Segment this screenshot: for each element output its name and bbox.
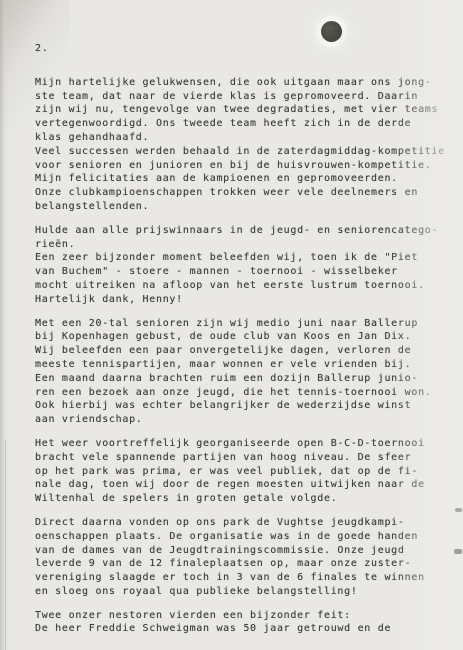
body-paragraph: Met een 20-tal senioren zijn wij medio j… bbox=[35, 317, 453, 427]
body-paragraph: Mijn hartelijke gelukwensen, die ook uit… bbox=[35, 76, 453, 214]
page-content: 2. Mijn hartelijke gelukwensen, die ook … bbox=[35, 42, 453, 646]
scanned-document-page: 2. Mijn hartelijke gelukwensen, die ook … bbox=[0, 0, 463, 650]
body-paragraph: Direct daarna vonden op ons park de Vugh… bbox=[35, 516, 453, 599]
scan-edge-mark bbox=[454, 549, 462, 554]
scan-edge-line bbox=[5, 440, 6, 650]
scan-edge-mark bbox=[455, 508, 462, 512]
scan-edge-shadow bbox=[0, 0, 9, 650]
body-paragraph: Hulde aan alle prijswinnaars in de jeugd… bbox=[35, 224, 453, 307]
page-number: 2. bbox=[35, 42, 453, 56]
body-paragraph: Het weer voortreffelijk georganiseerde o… bbox=[35, 437, 453, 506]
body-paragraph: Twee onzer nestoren vierden een bijzonde… bbox=[35, 609, 453, 637]
hole-punch bbox=[321, 21, 342, 42]
